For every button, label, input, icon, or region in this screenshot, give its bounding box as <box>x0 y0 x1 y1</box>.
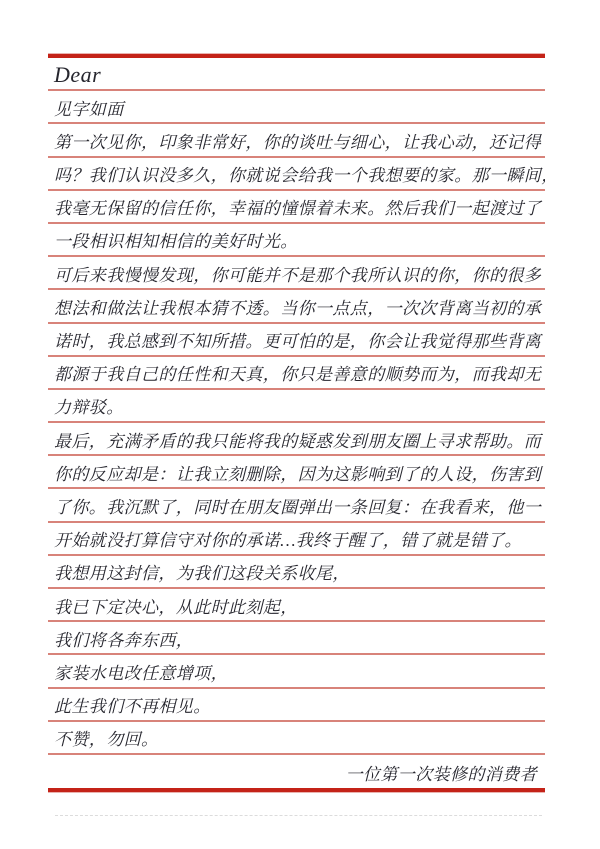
letter-line: 可后来我慢慢发现，你可能并不是那个我所认识的你，你的很多 <box>48 257 545 290</box>
greeting-text: 见字如面 <box>54 101 124 120</box>
letter-line: 我毫无保留的信任你，幸福的憧憬着未来。然后我们一起渡过了 <box>48 191 545 224</box>
letter-line-text: 第一次见你，印象非常好，你的谈吐与细心，让我心动，还记得 <box>54 134 541 153</box>
letter-line: 诺时，我总感到不知所措。更可怕的是，你会让我觉得那些背离 <box>48 324 545 357</box>
greeting: 见字如面 <box>48 91 545 124</box>
salutation-text: Dear <box>54 63 101 87</box>
letter-line-text: 我们将各奔东西， <box>54 632 193 651</box>
letter-line: 此生我们不再相见。 <box>48 689 545 722</box>
letter-line-text: 我毫无保留的信任你，幸福的憧憬着未来。然后我们一起渡过了 <box>54 200 541 219</box>
letter-page: Dear见字如面第一次见你，印象非常好，你的谈吐与细心，让我心动，还记得吗？我们… <box>0 0 600 849</box>
letter-line: 最后，充满矛盾的我只能将我的疑惑发到朋友圈上寻求帮助。而 <box>48 423 545 456</box>
letter-line-text: 可后来我慢慢发现，你可能并不是那个我所认识的你，你的很多 <box>54 267 541 286</box>
letter-line: 我已下定决心，从此时此刻起， <box>48 589 545 622</box>
letter-paper: Dear见字如面第一次见你，印象非常好，你的谈吐与细心，让我心动，还记得吗？我们… <box>48 54 545 792</box>
letter-line-text: 吗？我们认识没多久，你就说会给我一个我想要的家。那一瞬间， <box>54 167 545 186</box>
letter-line-text: 诺时，我总感到不知所措。更可怕的是，你会让我觉得那些背离 <box>54 333 541 352</box>
letter-line-text: 我想用这封信，为我们这段关系收尾， <box>54 565 350 584</box>
letter-line-text: 此生我们不再相见。 <box>54 698 211 717</box>
letter-line: 你的反应却是：让我立刻删除，因为这影响到了的人设，伤害到 <box>48 456 545 489</box>
letter-line-text: 都源于我自己的任性和天真，你只是善意的顺势而为，而我却无 <box>54 366 541 385</box>
letter-line-text: 我已下定决心，从此时此刻起， <box>54 599 298 618</box>
salutation: Dear <box>48 58 545 91</box>
letter-line-text: 力辩驳。 <box>54 399 124 418</box>
letter-line: 力辩驳。 <box>48 390 545 423</box>
letter-line: 一段相识相知相信的美好时光。 <box>48 224 545 257</box>
letter-line: 我想用这封信，为我们这段关系收尾， <box>48 556 545 589</box>
letter-line: 不赞，勿回。 <box>48 722 545 755</box>
signature-line-text: 一位第一次装修的消费者 <box>346 766 537 785</box>
letter-line: 都源于我自己的任性和天真，你只是善意的顺势而为，而我却无 <box>48 357 545 390</box>
letter-line: 吗？我们认识没多久，你就说会给我一个我想要的家。那一瞬间， <box>48 158 545 191</box>
letter-line: 家装水电改任意增项， <box>48 655 545 688</box>
letter-line-text: 你的反应却是：让我立刻删除，因为这影响到了的人设，伤害到 <box>54 466 541 485</box>
letter-line: 我们将各奔东西， <box>48 622 545 655</box>
letter-line-text: 不赞，勿回。 <box>54 731 158 750</box>
page-fold-line <box>55 815 542 816</box>
letter-line: 了你。我沉默了，同时在朋友圈弹出一条回复：在我看来，他一 <box>48 489 545 522</box>
letter-line-text: 一段相识相知相信的美好时光。 <box>54 233 298 252</box>
letter-line-text: 家装水电改任意增项， <box>54 665 228 684</box>
letter-line-text: 想法和做法让我根本猜不透。当你一点点，一次次背离当初的承 <box>54 300 541 319</box>
letter-line: 第一次见你，印象非常好，你的谈吐与细心，让我心动，还记得 <box>48 124 545 157</box>
letter-line-text: 了你。我沉默了，同时在朋友圈弹出一条回复：在我看来，他一 <box>54 499 541 518</box>
letter-line: 想法和做法让我根本猜不透。当你一点点，一次次背离当初的承 <box>48 290 545 323</box>
signature-line: 一位第一次装修的消费者 <box>48 755 545 788</box>
letter-line: 开始就没打算信守对你的承诺…我终于醒了，错了就是错了。 <box>48 523 545 556</box>
letter-line-text: 最后，充满矛盾的我只能将我的疑惑发到朋友圈上寻求帮助。而 <box>54 433 541 452</box>
letter-line-text: 开始就没打算信守对你的承诺…我终于醒了，错了就是错了。 <box>54 532 522 551</box>
